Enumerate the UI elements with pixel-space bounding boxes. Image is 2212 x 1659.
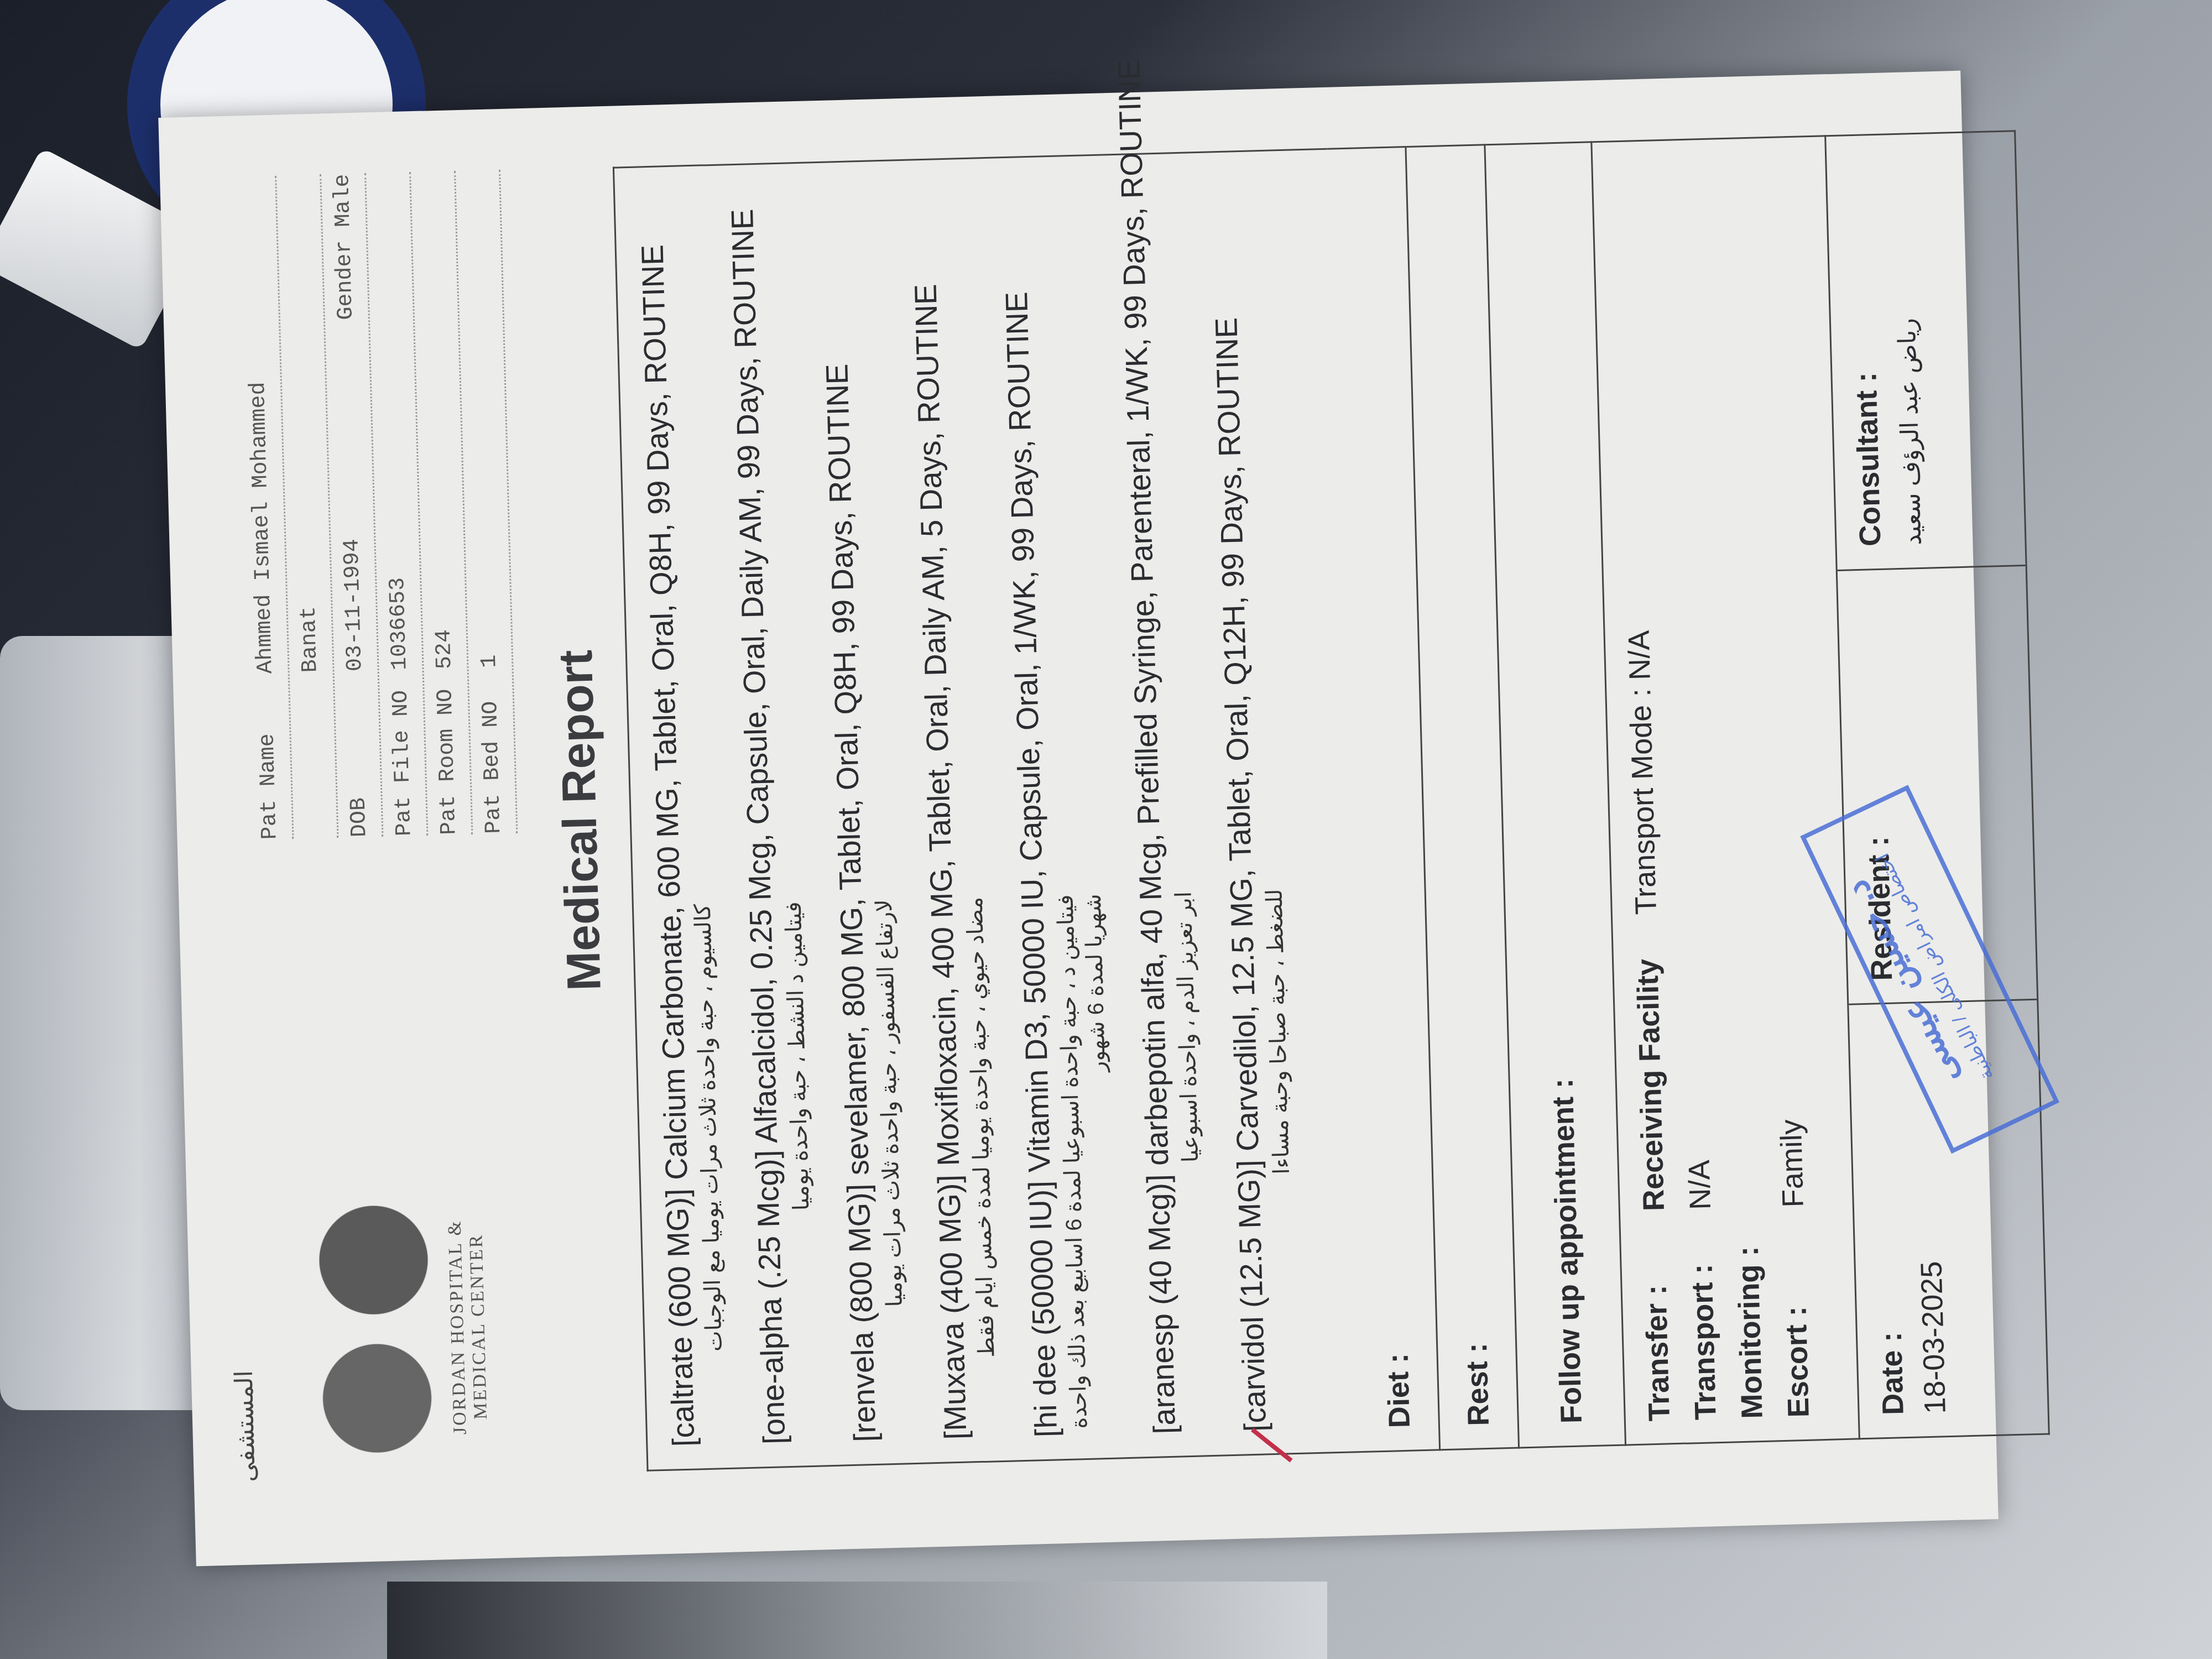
consultant-label: Consultant : (1843, 158, 1887, 547)
dob-value: 03-11-1994 (326, 352, 378, 672)
medication-item: [hi dee (50000 IU)] Vitamin D3, 50000 IU… (994, 178, 1121, 1438)
report-header: JORDAN HOSPITAL & MEDICAL CENTER Pat Nam… (232, 169, 554, 1481)
hospital-seal-half-icon (302, 1189, 444, 1331)
monitoring-label: Monitoring : (1730, 1208, 1770, 1419)
hospital-logo: JORDAN HOSPITAL & MEDICAL CENTER (302, 1177, 476, 1480)
medication-english: [one-alpha (.25 Mcg)] Alfacalcidol, 0.25… (722, 187, 794, 1445)
page-title: Medical Report (536, 168, 625, 1474)
medication-item: [aranesp (40 Mcg)] darbepotin alfa, 40 M… (1113, 176, 1212, 1434)
medication-english: [Muxava (400 MG)] Moxifloxacin, 400 MG, … (904, 182, 975, 1440)
diet-label: Diet : (1381, 1353, 1417, 1428)
signature-section: Date : 18-03-2025 Resident : د. حسين عيس… (1826, 130, 2050, 1439)
consultant-name: رياض عبد الرؤف سعيد (1888, 156, 1927, 546)
follow-up-label: Follow up appointment : (1546, 1078, 1589, 1424)
gender-label: Gender (323, 239, 368, 320)
hospital-name: JORDAN HOSPITAL & MEDICAL CENTER (444, 1177, 493, 1477)
medication-item: [one-alpha (.25 Mcg)] Alfacalcidol, 0.25… (722, 186, 821, 1444)
medical-report-page: المستشفى JORDAN HOSPITAL & MEDICAL CENTE… (158, 71, 1998, 1566)
transfer-value: Receiving Facility (1630, 958, 1671, 1212)
patient-info: Pat Name Ahmmed Ismael Mohammed Banat DO… (232, 170, 518, 840)
transfer-label: Transfer : (1637, 1211, 1677, 1421)
transport-label: Transport : (1683, 1209, 1723, 1420)
red-pen-mark (1251, 1428, 1292, 1462)
medication-item: [Muxava (400 MG)] Moxifloxacin, 400 MG, … (904, 181, 1003, 1440)
hospital-seal-icon (306, 1327, 448, 1469)
room-label: Pat Room NO (424, 669, 472, 836)
medication-list: [caltrate (600 MG)] Calcium Carbonate, 6… (613, 148, 1361, 1472)
resident-cell: Resident : د. حسين عيسى اختصاص امراض الك… (1838, 565, 2037, 1004)
medication-item: [carvidol (12.5 MG)] Carvedilol, 12.5 MG… (1203, 174, 1302, 1432)
medication-english: [caltrate (600 MG)] Calcium Carbonate, 6… (632, 189, 703, 1447)
escort-value: Family (1774, 1119, 1811, 1208)
gender-value: Male (321, 173, 366, 227)
medication-english: [renvela (800 MG)] sevelamer, 800 MG, Ta… (813, 184, 885, 1442)
transfer-section: Transfer : Receiving Facility Transport … (1592, 135, 1860, 1446)
escort-label: Escort : (1776, 1207, 1816, 1418)
medication-item: [renvela (800 MG)] sevelamer, 800 MG, Ta… (813, 184, 912, 1442)
transport-mode: Transport Mode : N/A (1621, 630, 1663, 915)
medication-english: [carvidol (12.5 MG)] Carvedilol, 12.5 MG… (1203, 174, 1275, 1432)
file-label: Pat File NO (379, 670, 427, 837)
transport-value: N/A (1682, 1160, 1718, 1211)
date-label: Date : (1866, 1026, 1910, 1416)
document-wrapper: المستشفى JORDAN HOSPITAL & MEDICAL CENTE… (166, 44, 1991, 1593)
rest-label: Rest : (1459, 1343, 1496, 1427)
patient-name-label: Pat Name (245, 673, 293, 840)
corner-arabic-text: المستشفى (230, 1370, 261, 1482)
background-surface (387, 1582, 1327, 1659)
medication-english: [aranesp (40 Mcg)] darbepotin alfa, 40 M… (1113, 176, 1185, 1434)
dob-label: DOB (335, 671, 382, 838)
medication-item: [caltrate (600 MG)] Calcium Carbonate, 6… (632, 189, 731, 1447)
medication-english: [hi dee (50000 IU)] Vitamin D3, 50000 IU… (994, 180, 1066, 1438)
bed-label: Pat Bed NO (469, 667, 517, 834)
consultant-cell: Consultant : رياض عبد الرؤف سعيد (1826, 132, 2025, 569)
